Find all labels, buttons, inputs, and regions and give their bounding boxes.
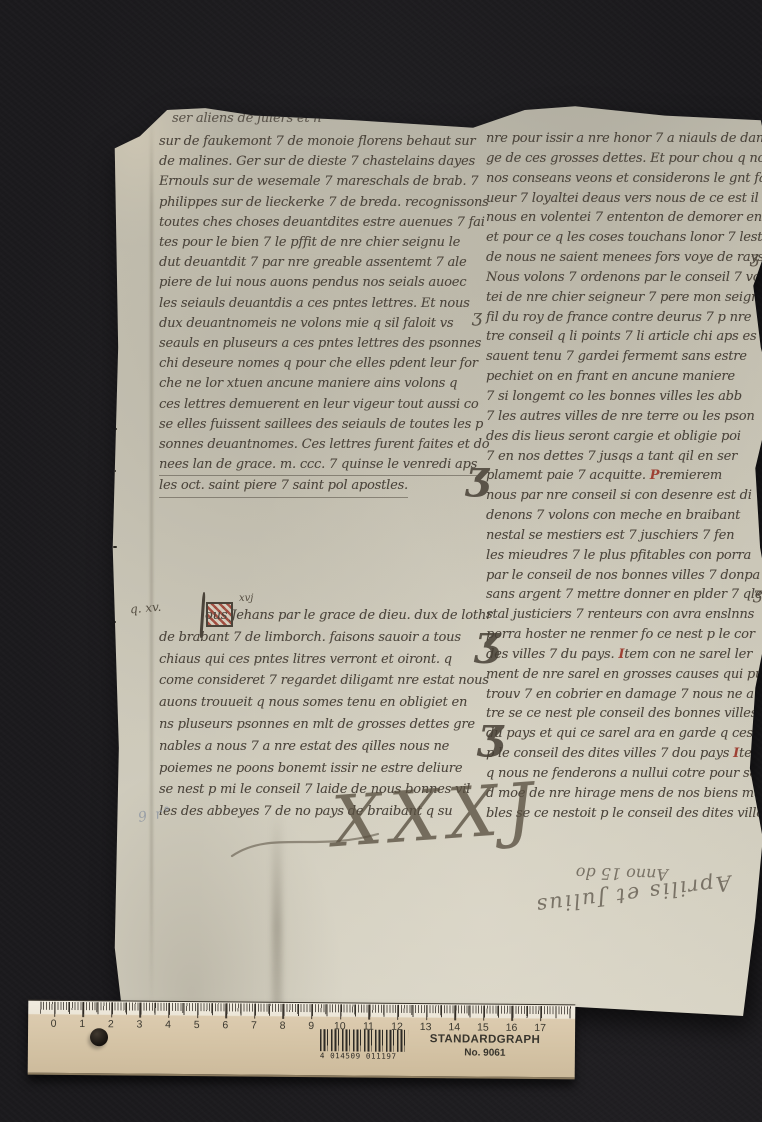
manuscript-line: 7 si longemt co les bonnes villes les ab… [486, 387, 762, 407]
half-cm-tick [240, 1003, 241, 1013]
manuscript-line: 7 les autres villes de nre terre ou les … [486, 407, 762, 427]
manuscript-line: denons 7 volons con meche en braibant [486, 506, 762, 526]
millimeter-scale [40, 1002, 571, 1019]
cm-tick [368, 1005, 370, 1020]
manuscript-line: piere de lui nous auons pendus nos seial… [159, 273, 489, 293]
cm-tick [540, 1006, 542, 1021]
ruler-number: 4 [160, 1019, 176, 1031]
manuscript-line: les seiauls deuantdis a ces pntes lettre… [159, 294, 489, 314]
half-cm-tick [469, 1005, 470, 1015]
ruler-number: 17 [532, 1022, 548, 1034]
ruler-brand-name: STANDARDGRAPH [420, 1033, 550, 1046]
manuscript-line: pechiet on en frant en ancune maniere [486, 367, 762, 387]
manuscript-line: tes pour le bien 7 le pffit de nre chier… [159, 233, 489, 253]
photograph-of-manuscript: ser aliens de julers et h sur de faukemo… [0, 0, 762, 1122]
manuscript-line: des villes 7 du pays. Item con ne sarel … [486, 645, 762, 665]
cm-tick [512, 1006, 514, 1021]
manuscript-line: dut deuantdit 7 par nre greable assentem… [159, 253, 489, 273]
ruler-number: 1 [74, 1018, 90, 1030]
cm-tick [54, 1002, 56, 1017]
rubric-initial: P [650, 468, 660, 483]
manuscript-line: Nous volons 7 ordenons par le conseil 7 … [486, 268, 762, 288]
cm-tick [82, 1002, 84, 1017]
manuscript-line: ment de nre sarel en grosses causes qui … [486, 665, 762, 685]
ruler-number: 15 [475, 1022, 491, 1034]
manuscript-line: stal justiciers 7 renteurs con avra ensl… [486, 605, 762, 625]
manuscript-line: sauent tenu 7 gardei fermemt sans estre [486, 347, 762, 367]
stitch-mark [113, 428, 117, 430]
manuscript-line: tre se ce nest ple conseil des bonnes vi… [486, 704, 762, 724]
manuscript-line: nees lan de grace. m. ccc. 7 quinse le v… [159, 455, 489, 476]
ruler-number: 5 [189, 1019, 205, 1031]
manuscript-line: chiaus qui ces pntes litres verront et o… [159, 649, 492, 671]
manuscript-line: nous en volentei 7 ententon de demorer e… [486, 208, 762, 228]
half-cm-tick [183, 1003, 184, 1013]
half-cm-tick [354, 1004, 355, 1014]
cm-tick [140, 1003, 142, 1018]
half-cm-tick [211, 1003, 212, 1013]
left-column-block1: sur de faukemont 7 de monoie florens beh… [159, 132, 489, 498]
manuscript-line: nre pour issir a nre honor 7 a niauls de… [486, 129, 762, 149]
manuscript-line: fil du roy de france contre deurus 7 p n… [486, 308, 762, 328]
line-filler-flourish: ʒ [478, 712, 503, 756]
line-filler-flourish: ʒ [753, 586, 762, 602]
manuscript-line: ueur 7 loyaltei deaus vers nous de ce es… [486, 189, 762, 209]
manuscript-line: philippes sur de lieckerke 7 de breda. r… [159, 193, 489, 213]
cm-tick [340, 1004, 342, 1019]
manuscript-line: tei de nre chier seigneur 7 pere mon sei… [486, 288, 762, 308]
manuscript-line: ns pluseurs psonnes en mlt de grosses de… [159, 714, 492, 736]
half-cm-tick [154, 1003, 155, 1013]
ruler-number: 6 [217, 1019, 233, 1031]
manuscript-line: auons trouueit q nous somes tenu en obli… [159, 692, 492, 714]
half-cm-tick [326, 1004, 327, 1014]
cm-tick [225, 1003, 227, 1018]
manuscript-line: ge de ces grosses dettes. Et pour chou q… [486, 149, 762, 169]
cm-tick [283, 1004, 285, 1019]
manuscript-line: che ne lor xtuen ancune maniere ains vol… [159, 374, 489, 394]
manuscript-line: seauls en pluseurs a ces pntes lettres d… [159, 334, 489, 354]
fold-crease [150, 116, 153, 1006]
manuscript-line: les oct. saint piere 7 saint pol apostle… [159, 476, 489, 497]
stitch-mark [112, 621, 116, 623]
parchment-shadow: ser aliens de julers et h sur de faukemo… [55, 48, 735, 983]
cm-tick [397, 1005, 399, 1020]
line-filler-flourish: ʒ [475, 620, 499, 662]
superscript-note: xvj [239, 593, 253, 604]
manuscript-line: toutes ches choses deuantdites estre aue… [159, 213, 489, 233]
manuscript-line: nestal se mestiers est 7 juschiers 7 fen [486, 526, 762, 546]
manuscript-line: de nous ne saient menees fors voye de ra… [486, 248, 762, 268]
manuscript-line: p le conseil des dites villes 7 dou pays… [486, 744, 762, 764]
half-cm-tick [125, 1002, 126, 1012]
manuscript-top-partial-line: ser aliens de julers et h [172, 110, 322, 128]
manuscript-line: des dis lieus seront cargie et obligie p… [486, 427, 762, 447]
half-cm-tick [497, 1006, 498, 1016]
manuscript-line: sonnes deuantnomes. Ces lettres furent f… [159, 435, 489, 455]
manuscript-line: les mieudres 7 le plus pfitables con por… [486, 546, 762, 566]
manuscript-line: sur de faukemont 7 de monoie florens beh… [159, 132, 489, 152]
barcode-digits: 4 014509 011197 [320, 1051, 410, 1061]
half-cm-tick [268, 1004, 269, 1014]
ruler-model-number: No. 9061 [420, 1047, 550, 1059]
manuscript-line: ces lettres demuerent en leur vigeur tou… [159, 395, 489, 415]
ruler-brand-block: STANDARDGRAPH No. 9061 [420, 1033, 550, 1059]
ruler-number: 9 [303, 1020, 319, 1032]
right-column: nre pour issir a nre honor 7 a niauls de… [486, 129, 762, 824]
parchment-sheet: ser aliens de julers et h sur de faukemo… [110, 96, 762, 1031]
ruler-number: 2 [103, 1018, 119, 1030]
large-roman-numeral: XXXJ [330, 773, 544, 857]
ruler-number: 14 [446, 1021, 462, 1033]
manuscript-line: de brabant 7 de limborch. faisons sauoir… [159, 627, 492, 649]
manuscript-line: tre conseil q li points 7 li article chi… [486, 327, 762, 347]
ruler-number: 3 [131, 1019, 147, 1031]
ruler-number: 13 [418, 1021, 434, 1033]
ruler-hanging-hole [90, 1028, 108, 1046]
manuscript-line: sans argent 7 mettre donner en plder 7 q… [486, 585, 762, 605]
ruler-number: 16 [503, 1022, 519, 1034]
half-cm-tick [440, 1005, 441, 1015]
manuscript-line: trouv 7 en cobrier en damage 7 nous ne a [486, 685, 762, 705]
stitch-mark [112, 470, 116, 472]
cm-tick [168, 1003, 170, 1018]
barcode-bars [320, 1029, 408, 1052]
manuscript-line: par le conseil de nos bonnes villes 7 do… [486, 566, 762, 586]
measuring-ruler: 01234567891011121314151617 4 014509 0111… [28, 1000, 576, 1080]
cm-tick [111, 1002, 113, 1017]
half-cm-tick [68, 1002, 69, 1012]
ruler-number: 7 [246, 1020, 262, 1032]
cm-tick [311, 1004, 313, 1019]
manuscript-line: de malines. Ger sur de dieste 7 chastela… [159, 152, 489, 172]
cm-tick [254, 1004, 256, 1019]
manuscript-line: porra hoster ne renmer fo ce nest p le c… [486, 625, 762, 645]
cm-tick [197, 1003, 199, 1018]
manuscript-line: nous par nre conseil si con desenre est … [486, 486, 762, 506]
manuscript-line: Ernouls sur de wesemale 7 mareschals de … [159, 172, 489, 192]
line-filler-flourish: ʒ [750, 250, 759, 266]
half-cm-tick [383, 1005, 384, 1015]
stitch-mark [112, 340, 116, 342]
manuscript-line: nos conseans veons et considerons le gnt… [486, 169, 762, 189]
manuscript-line: dux deuantnomeis ne volons mie q sil fal… [159, 314, 489, 334]
manuscript-line: du pays et qui ce sarel ara en garde q c… [486, 724, 762, 744]
half-cm-tick [97, 1002, 98, 1012]
line-filler-flourish: ʒ [466, 456, 489, 496]
stitch-mark [113, 303, 117, 305]
manuscript-line: ous Jehans par le grace de dieu. dux de … [159, 605, 492, 627]
cm-tick [483, 1006, 485, 1021]
barcode: 4 014509 011197 [320, 1029, 410, 1060]
manuscript-line: nables a nous 7 a nre estat des qilles n… [159, 736, 492, 758]
margin-note: q. xv. [129, 600, 161, 617]
ruler-number: 8 [275, 1020, 291, 1032]
cm-tick [454, 1005, 456, 1020]
manuscript-line: 7 en nos dettes 7 jusqs a tant qil en se… [486, 447, 762, 467]
manuscript-line: et pour ce q les coses touchans lonor 7 … [486, 228, 762, 248]
manuscript-line: se elles fuissent saillees des seiauls d… [159, 415, 489, 435]
half-cm-tick [297, 1004, 298, 1014]
manuscript-line: come consideret 7 regardet diligamt nre … [159, 670, 492, 692]
cm-tick [426, 1005, 428, 1020]
half-cm-tick [411, 1005, 412, 1015]
manuscript-line: plamemt paie 7 acquitte. Premierem [486, 466, 762, 486]
line-filler-flourish: ʒ [472, 308, 482, 326]
stitch-mark [113, 546, 117, 548]
ruler-number: 0 [46, 1018, 62, 1030]
manuscript-line: chi deseure nomes q pour che elles pdent… [159, 354, 489, 374]
half-cm-tick [526, 1006, 527, 1016]
